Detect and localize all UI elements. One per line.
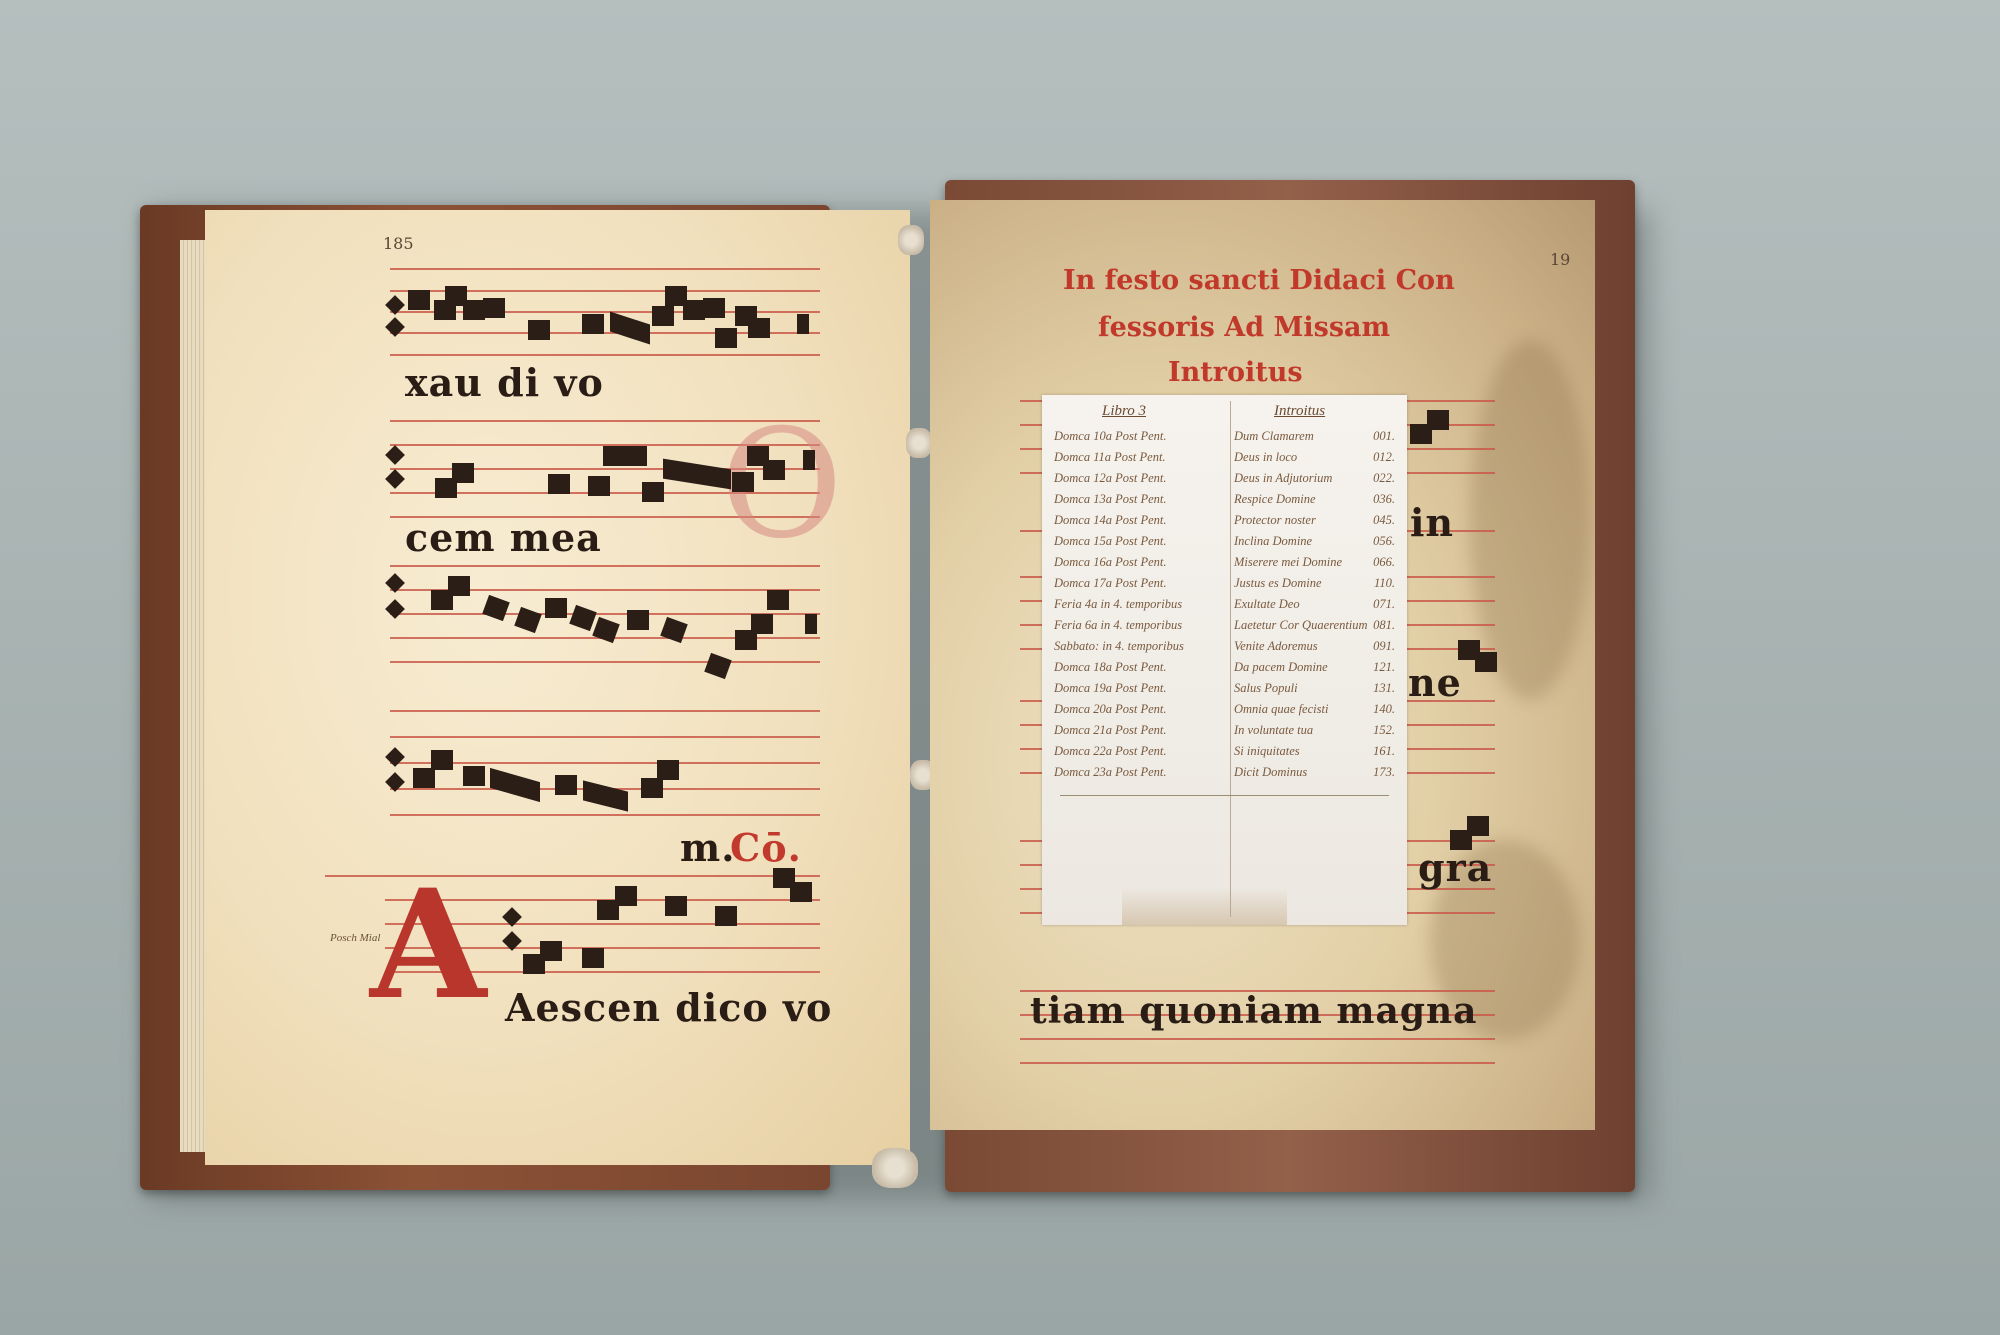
slip-right-header: Introitus xyxy=(1274,403,1325,420)
side-lyric-2: ne xyxy=(1408,660,1462,705)
neume xyxy=(545,598,567,618)
neume xyxy=(641,778,663,798)
neume xyxy=(610,312,650,345)
heading-line-2: fessoris Ad Missam xyxy=(1098,312,1390,343)
neume xyxy=(627,610,649,630)
slip-day: Domca 20a Post Pent. xyxy=(1054,702,1166,717)
slip-day: Domca 22a Post Pent. xyxy=(1054,744,1166,759)
slip-row: Domca 12a Post Pent.Deus in Adjutorium02… xyxy=(1054,471,1395,490)
slip-page: 110. xyxy=(1374,576,1395,591)
slip-row: Domca 10a Post Pent.Dum Clamarem001. xyxy=(1054,429,1395,448)
neume xyxy=(683,300,705,320)
stain xyxy=(1470,340,1590,700)
neume xyxy=(431,750,453,770)
neume xyxy=(657,760,679,780)
slip-page: 056. xyxy=(1373,534,1395,549)
neume xyxy=(528,320,550,340)
clef-icon xyxy=(385,599,405,619)
slip-page: 152. xyxy=(1373,723,1395,738)
slip-introit: Dicit Dominus xyxy=(1234,765,1307,780)
slip-page: 071. xyxy=(1373,597,1395,612)
neume xyxy=(490,768,540,802)
right-page: 19 In festo sancti Didaci Con fessoris A… xyxy=(930,200,1595,1130)
slip-introit: Venite Adoremus xyxy=(1234,639,1318,654)
slip-day: Domca 11a Post Pent. xyxy=(1054,450,1166,465)
neume xyxy=(652,306,674,326)
slip-row: Domca 16a Post Pent.Miserere mei Domine0… xyxy=(1054,555,1395,574)
neume xyxy=(704,653,732,679)
slip-page: 081. xyxy=(1373,618,1395,633)
slip-left-header: Libro 3 xyxy=(1102,403,1146,420)
slip-day: Domca 10a Post Pent. xyxy=(1054,429,1166,444)
neume xyxy=(642,482,664,502)
binding-tie xyxy=(906,428,932,458)
neume xyxy=(1467,816,1489,836)
slip-row: Sabbato: in 4. temporibusVenite Adoremus… xyxy=(1054,639,1395,658)
slip-introit: Laetetur Cor Quaerentium xyxy=(1234,618,1368,633)
neume xyxy=(548,474,570,494)
neume xyxy=(751,614,773,634)
neume xyxy=(514,607,542,633)
slip-row: Domca 11a Post Pent.Deus in loco012. xyxy=(1054,450,1395,469)
neume xyxy=(790,882,812,902)
slip-page: 140. xyxy=(1373,702,1395,717)
rubric-co: Cō. xyxy=(730,825,802,870)
slip-page: 045. xyxy=(1373,513,1395,528)
slip-page: 161. xyxy=(1373,744,1395,759)
neume xyxy=(715,906,737,926)
heading-line-3: Introitus xyxy=(1168,357,1303,388)
neume xyxy=(1427,410,1449,430)
slip-day: Feria 6a in 4. temporibus xyxy=(1054,618,1182,633)
neume xyxy=(588,476,610,496)
neume xyxy=(583,780,628,811)
slip-row: Feria 4a in 4. temporibusExultate Deo071… xyxy=(1054,597,1395,616)
neume xyxy=(603,446,625,466)
neume xyxy=(555,775,577,795)
slip-day: Domca 17a Post Pent. xyxy=(1054,576,1166,591)
slip-introit: Exultate Deo xyxy=(1234,597,1300,612)
slip-day: Sabbato: in 4. temporibus xyxy=(1054,639,1184,654)
slip-damaged-bottom xyxy=(1122,887,1287,925)
lyric-line-4: Aescen dico vo xyxy=(505,985,832,1030)
binding-tie xyxy=(898,225,924,255)
neume xyxy=(592,617,620,643)
slip-row: Domca 15a Post Pent.Inclina Domine056. xyxy=(1054,534,1395,553)
neume xyxy=(715,328,737,348)
neume xyxy=(665,896,687,916)
clef-icon xyxy=(385,469,405,489)
slip-row: Domca 22a Post Pent.Si iniquitates161. xyxy=(1054,744,1395,763)
neume xyxy=(660,617,688,643)
slip-introit: Respice Domine xyxy=(1234,492,1316,507)
slip-introit: Da pacem Domine xyxy=(1234,660,1328,675)
neume xyxy=(448,576,470,596)
neume xyxy=(463,300,485,320)
slip-introit: Justus es Domine xyxy=(1234,576,1322,591)
slip-day: Domca 19a Post Pent. xyxy=(1054,681,1166,696)
slip-day: Domca 18a Post Pent. xyxy=(1054,660,1166,675)
slip-introit: Deus in loco xyxy=(1234,450,1297,465)
neume xyxy=(582,314,604,334)
slip-introit: Omnia quae fecisti xyxy=(1234,702,1328,717)
lyric-line-2: cem mea xyxy=(405,515,602,560)
neume xyxy=(797,314,809,334)
neume xyxy=(625,446,647,466)
slip-day: Domca 15a Post Pent. xyxy=(1054,534,1166,549)
neume xyxy=(1475,652,1497,672)
neume xyxy=(615,886,637,906)
slip-introit: In voluntate tua xyxy=(1234,723,1313,738)
slip-day: Domca 13a Post Pent. xyxy=(1054,492,1166,507)
slip-page: 022. xyxy=(1373,471,1395,486)
lyric-line-3: m. xyxy=(680,825,735,870)
slip-row: Domca 17a Post Pent.Justus es Domine110. xyxy=(1054,576,1395,595)
neume xyxy=(408,290,430,310)
slip-row: Domca 23a Post Pent.Dicit Dominus173. xyxy=(1054,765,1395,784)
slip-introit: Dum Clamarem xyxy=(1234,429,1314,444)
slip-day: Domca 16a Post Pent. xyxy=(1054,555,1166,570)
slip-page: 001. xyxy=(1373,429,1395,444)
bottom-lyric: tiam quoniam magna xyxy=(1030,990,1478,1032)
slip-page: 091. xyxy=(1373,639,1395,654)
lyric-line-1: xau di vo xyxy=(405,360,604,405)
slip-introit: Salus Populi xyxy=(1234,681,1298,696)
neume xyxy=(582,948,604,968)
slip-day: Domca 23a Post Pent. xyxy=(1054,765,1166,780)
neume xyxy=(483,298,505,318)
slip-page: 121. xyxy=(1373,660,1395,675)
neume xyxy=(482,595,510,621)
slip-row: Domca 14a Post Pent.Protector noster045. xyxy=(1054,513,1395,532)
neume xyxy=(413,768,435,788)
slip-introit: Protector noster xyxy=(1234,513,1316,528)
slip-introit: Miserere mei Domine xyxy=(1234,555,1342,570)
right-folio-number: 19 xyxy=(1550,250,1570,269)
clef-icon xyxy=(385,445,405,465)
neume xyxy=(803,450,815,470)
left-page: 185 xau di vo O cem mea xyxy=(205,210,910,1165)
slip-row: Domca 21a Post Pent.In voluntate tua152. xyxy=(1054,723,1395,742)
illuminated-initial-a: A xyxy=(370,870,486,1020)
slip-row: Domca 18a Post Pent.Da pacem Domine121. xyxy=(1054,660,1395,679)
binding-tie xyxy=(872,1148,918,1188)
neume xyxy=(463,766,485,786)
slip-row: Feria 6a in 4. temporibusLaetetur Cor Qu… xyxy=(1054,618,1395,637)
slip-closing-rule xyxy=(1060,795,1389,796)
slip-page: 012. xyxy=(1373,450,1395,465)
slip-day: Feria 4a in 4. temporibus xyxy=(1054,597,1182,612)
neume xyxy=(748,318,770,338)
slip-introit: Deus in Adjutorium xyxy=(1234,471,1332,486)
neume xyxy=(732,472,754,492)
slip-introit: Inclina Domine xyxy=(1234,534,1312,549)
slip-day: Domca 14a Post Pent. xyxy=(1054,513,1166,528)
neume xyxy=(805,614,817,634)
neume xyxy=(767,590,789,610)
slip-row: Domca 20a Post Pent.Omnia quae fecisti14… xyxy=(1054,702,1395,721)
slip-row: Domca 13a Post Pent.Respice Domine036. xyxy=(1054,492,1395,511)
neume xyxy=(452,463,474,483)
neume xyxy=(703,298,725,318)
pasted-index-slip: Libro 3 Introitus Domca 10a Post Pent.Du… xyxy=(1042,395,1407,925)
slip-page: 173. xyxy=(1373,765,1395,780)
margin-note: Posch Mial xyxy=(330,932,380,944)
left-folio-number: 185 xyxy=(383,234,414,253)
slip-page: 066. xyxy=(1373,555,1395,570)
slip-introit: Si iniquitates xyxy=(1234,744,1300,759)
heading-line-1: In festo sancti Didaci Con xyxy=(1063,265,1455,296)
slip-day: Domca 12a Post Pent. xyxy=(1054,471,1166,486)
neume xyxy=(569,605,597,631)
neume xyxy=(540,941,562,961)
neume xyxy=(763,460,785,480)
slip-day: Domca 21a Post Pent. xyxy=(1054,723,1166,738)
slip-page: 131. xyxy=(1373,681,1395,696)
slip-page: 036. xyxy=(1373,492,1395,507)
slip-row: Domca 19a Post Pent.Salus Populi131. xyxy=(1054,681,1395,700)
side-lyric-3: gra xyxy=(1418,845,1492,890)
side-lyric-1: in xyxy=(1410,500,1454,545)
